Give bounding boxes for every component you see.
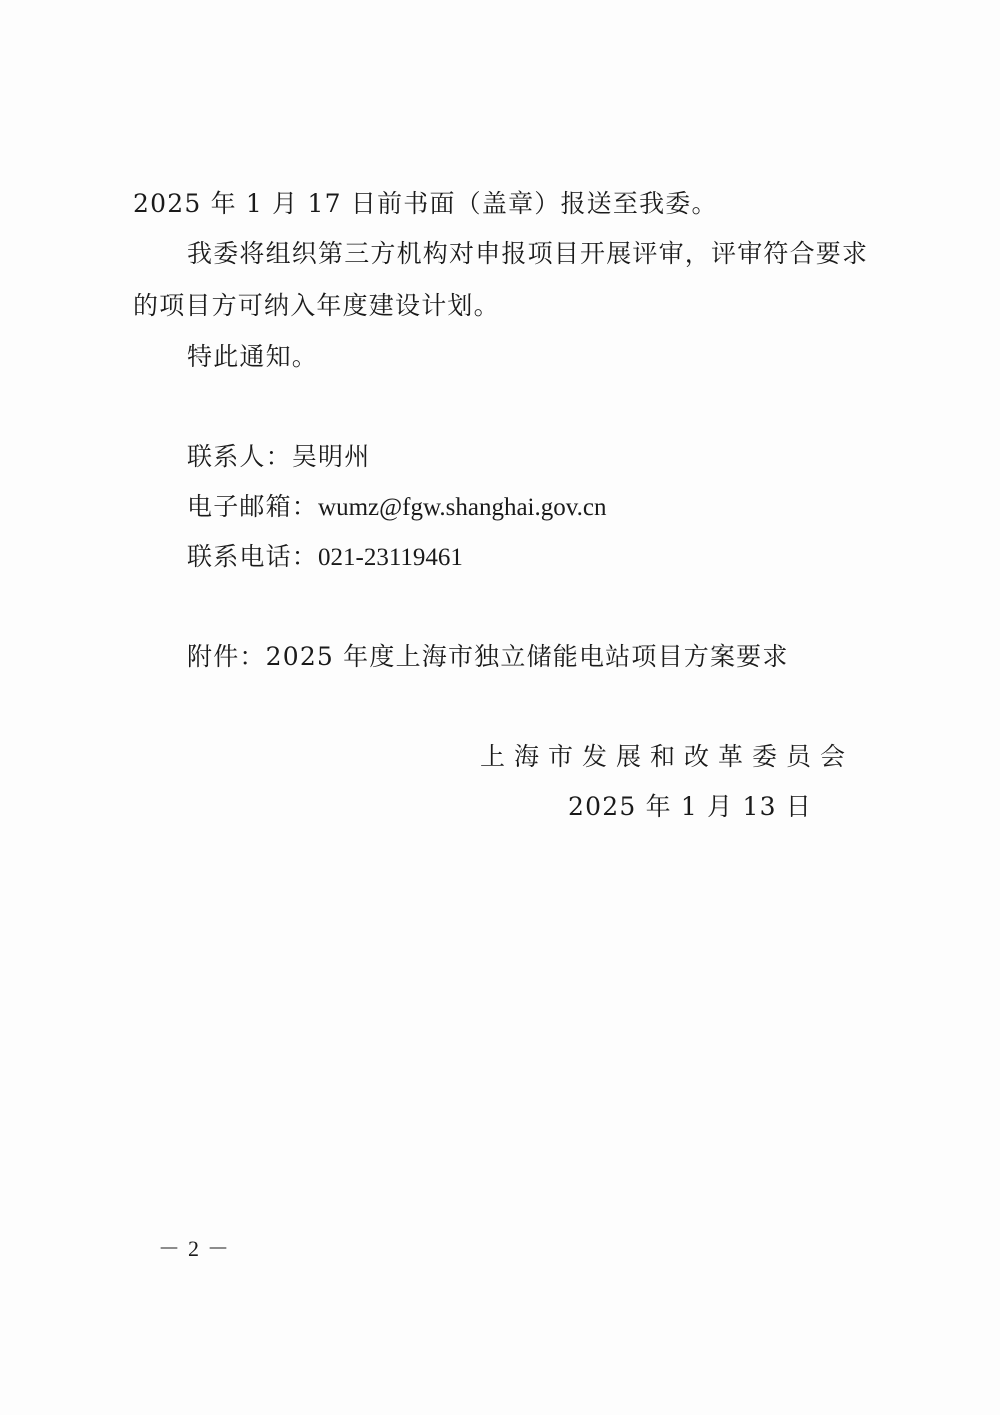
attachment-title: 2025 年度上海市独立储能电站项目方案要求 [266,642,789,671]
paragraph-review-line2: 的项目方可纳入年度建设计划。 [133,290,500,322]
email-row: 电子邮箱：wumz@fgw.shanghai.gov.cn [187,491,606,524]
signature-date: 2025 年 1 月 13 日 [568,791,812,823]
phone-label: 联系电话： [187,542,318,571]
signature-organization: 上海市发展和改革委员会 [480,741,854,773]
contact-person-name: 吴明州 [292,442,371,471]
document-page: 2025 年 1 月 17 日前书面（盖章）报送至我委。 我委将组织第三方机构对… [0,0,1000,1415]
phone-row: 联系电话：021-23119461 [187,541,463,574]
phone-number: 021-23119461 [318,544,463,571]
paragraph-review-line1: 我委将组织第三方机构对申报项目开展评审，评审符合要求 [187,238,868,270]
attachment-row: 附件：2025 年度上海市独立储能电站项目方案要求 [187,641,789,673]
contact-person-label: 联系人： [187,442,292,471]
attachment-label: 附件： [187,642,266,671]
email-address[interactable]: wumz@fgw.shanghai.gov.cn [318,494,606,521]
paragraph-notice: 特此通知。 [187,341,318,373]
page-number: －2－ [158,1232,237,1263]
email-label: 电子邮箱： [187,492,318,521]
paragraph-continuation: 2025 年 1 月 17 日前书面（盖章）报送至我委。 [133,188,718,220]
contact-person-row: 联系人：吴明州 [187,441,370,473]
